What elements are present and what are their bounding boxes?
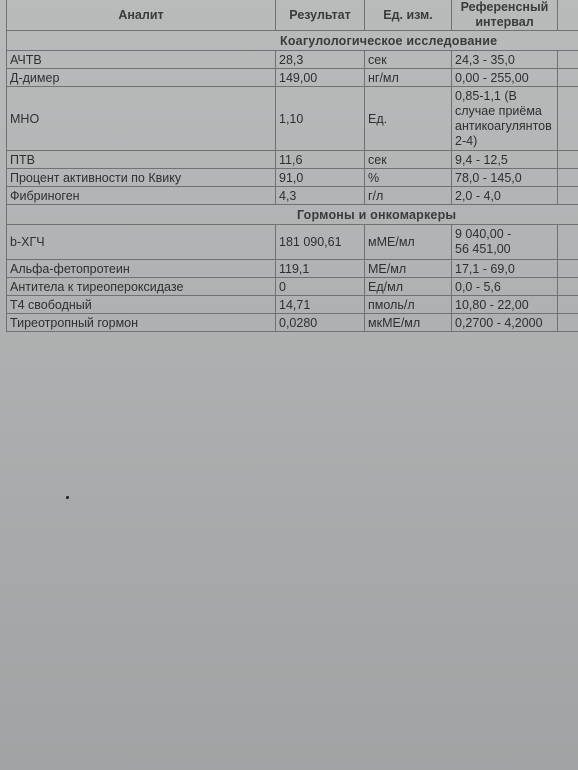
table-row: Альфа-фетопротеин 119,1 МЕ/мл 17,1 - 69,… [7,260,578,278]
extra-cell [558,260,578,278]
result-value: 14,71 [276,296,365,314]
analyte-name: АЧТВ [7,51,276,69]
section-title: Гормоны и онкомаркеры [297,208,456,222]
section-title: Коагулологическое исследование [280,34,497,48]
table-row: Фибриноген 4,3 г/л 2,0 - 4,0 [7,187,578,205]
units: МЕ/мл [365,260,452,278]
units: % [365,169,452,187]
reference-interval: 0,85-1,1 (В случае приёма антикоагулянто… [452,87,558,151]
extra-cell [558,314,578,332]
table-row: АЧТВ 28,3 сек 24,3 - 35,0 [7,51,578,69]
result-value: 1,10 [276,87,365,151]
header-analyte: Аналит [7,0,276,31]
units: сек [365,51,452,69]
lab-results-table: Аналит Результат Ед. изм. Референсный ин… [6,0,578,332]
units: нг/мл [365,69,452,87]
analyte-name: ПТВ [7,151,276,169]
reference-interval: 0,00 - 255,00 [452,69,558,87]
table-row: Тиреотропный гормон 0,0280 мкМЕ/мл 0,270… [7,314,578,332]
reference-interval: 78,0 - 145,0 [452,169,558,187]
result-value: 91,0 [276,169,365,187]
result-value: 149,00 [276,69,365,87]
analyte-name: b-ХГЧ [7,225,276,260]
table-row: Т4 свободный 14,71 пмоль/л 10,80 - 22,00 [7,296,578,314]
header-extra-column [558,0,578,31]
units: Ед/мл [365,278,452,296]
reference-interval: 0,2700 - 4,2000 [452,314,558,332]
analyte-name: Альфа-фетопротеин [7,260,276,278]
header-units: Ед. изм. [365,0,452,31]
result-value: 11,6 [276,151,365,169]
table-row: Д-димер 149,00 нг/мл 0,00 - 255,00 [7,69,578,87]
reference-interval: 9,4 - 12,5 [452,151,558,169]
analyte-name: Т4 свободный [7,296,276,314]
analyte-name: Д-димер [7,69,276,87]
analyte-name: МНО [7,87,276,151]
result-value: 0 [276,278,365,296]
analyte-name: Процент активности по Квику [7,169,276,187]
analyte-name: Антитела к тиреопероксидазе [7,278,276,296]
reference-interval: 2,0 - 4,0 [452,187,558,205]
reference-interval: 9 040,00 - 56 451,00 [452,225,558,260]
result-value: 28,3 [276,51,365,69]
reference-interval: 0,0 - 5,6 [452,278,558,296]
result-value: 4,3 [276,187,365,205]
extra-cell [558,87,578,151]
extra-cell [558,278,578,296]
units: мМЕ/мл [365,225,452,260]
extra-cell [558,225,578,260]
lab-results-sheet: Аналит Результат Ед. изм. Референсный ин… [6,0,578,332]
units: г/л [365,187,452,205]
extra-cell [558,51,578,69]
result-value: 119,1 [276,260,365,278]
table-row: ПТВ 11,6 сек 9,4 - 12,5 [7,151,578,169]
reference-interval: 17,1 - 69,0 [452,260,558,278]
table-row: b-ХГЧ 181 090,61 мМЕ/мл 9 040,00 - 56 45… [7,225,578,260]
table-header-row: Аналит Результат Ед. изм. Референсный ин… [7,0,578,31]
units: сек [365,151,452,169]
reference-interval: 10,80 - 22,00 [452,296,558,314]
header-reference: Референсный интервал [452,0,558,31]
extra-cell [558,296,578,314]
table-row: МНО 1,10 Ед. 0,85-1,1 (В случае приёма а… [7,87,578,151]
table-row: Процент активности по Квику 91,0 % 78,0 … [7,169,578,187]
analyte-name: Фибриноген [7,187,276,205]
result-value: 0,0280 [276,314,365,332]
header-result: Результат [276,0,365,31]
extra-cell [558,151,578,169]
units: мкМЕ/мл [365,314,452,332]
table-row: Антитела к тиреопероксидазе 0 Ед/мл 0,0 … [7,278,578,296]
units: Ед. [365,87,452,151]
extra-cell [558,187,578,205]
paper-speck [66,496,69,499]
extra-cell [558,69,578,87]
result-value: 181 090,61 [276,225,365,260]
section-coagulation: Коагулологическое исследование [7,31,578,51]
section-hormones-tumor-markers: Гормоны и онкомаркеры [7,205,578,225]
extra-cell [558,169,578,187]
analyte-name: Тиреотропный гормон [7,314,276,332]
reference-interval: 24,3 - 35,0 [452,51,558,69]
units: пмоль/л [365,296,452,314]
